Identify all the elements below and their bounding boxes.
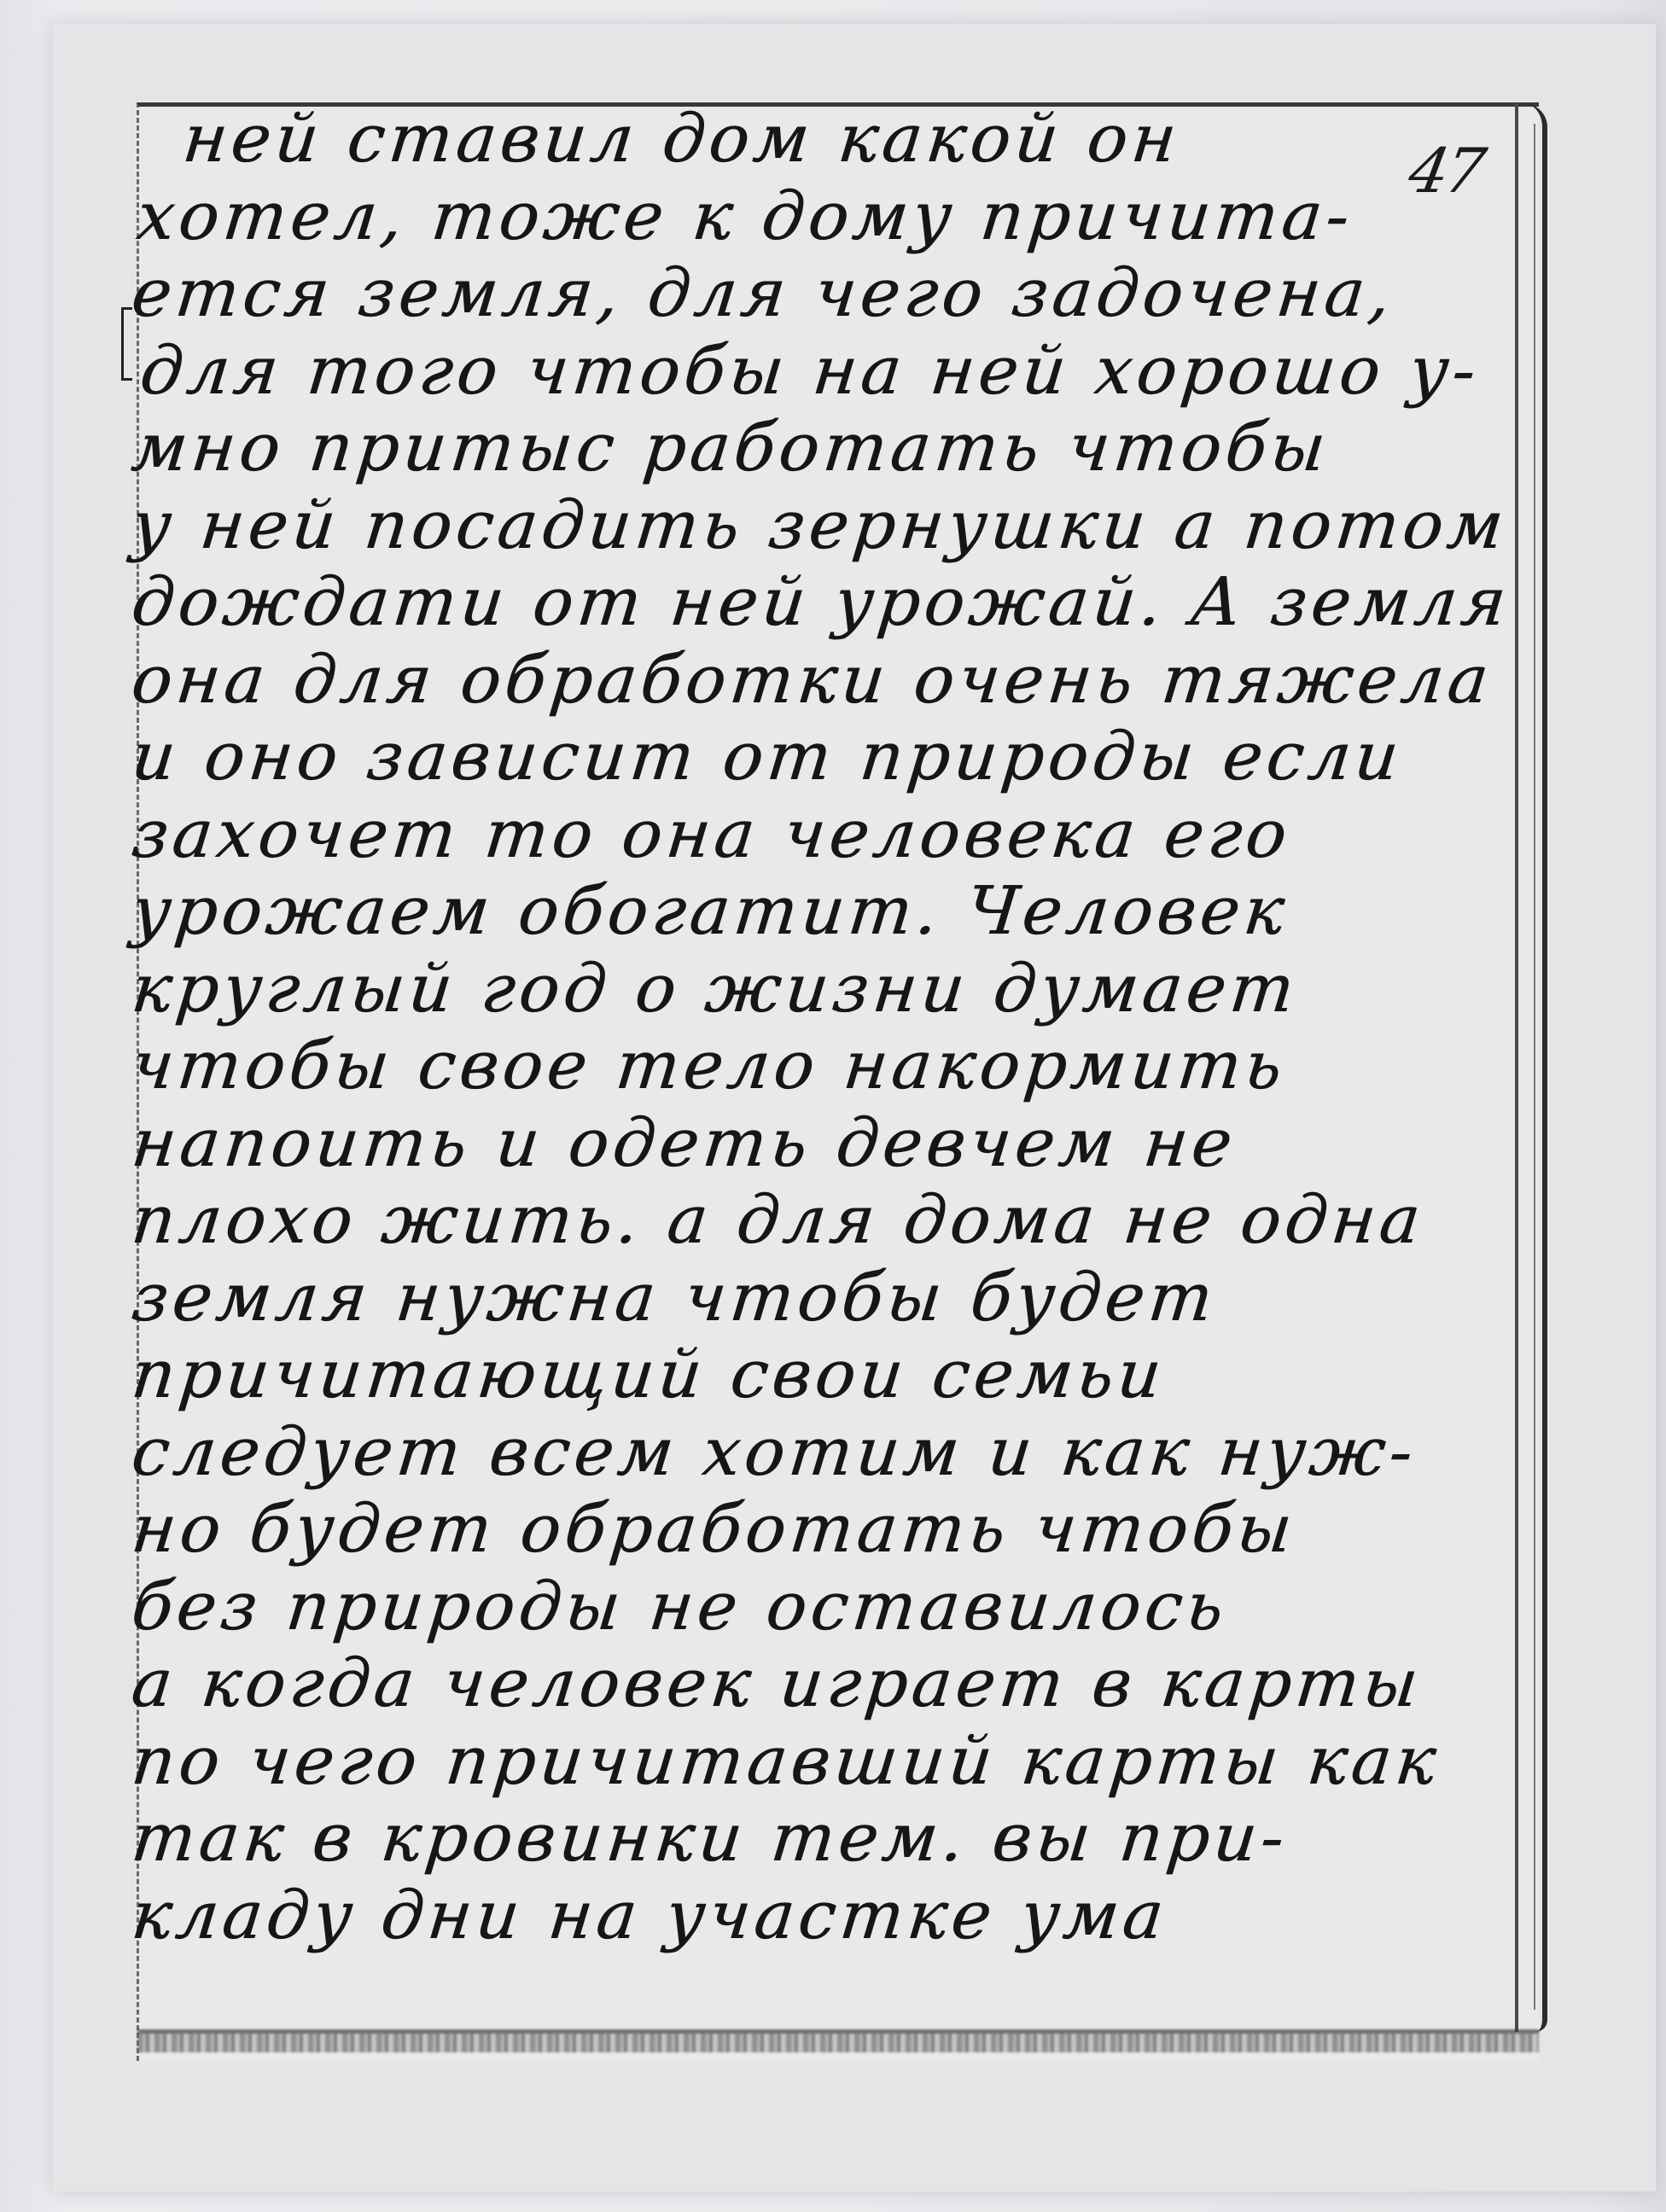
text-line: чтобы свое тело накормить [128, 1027, 1536, 1105]
text-line: для того чтобы на ней хорошо у- [128, 333, 1536, 410]
text-line: так в кровинки тем. вы при- [128, 1800, 1536, 1877]
text-line: хотел, тоже к дому причита- [128, 178, 1536, 256]
text-line: земля нужна чтобы будет [128, 1260, 1536, 1337]
text-line: круглый год о жизни думает [128, 951, 1536, 1028]
text-line: и оно зависит от природы если [128, 719, 1536, 796]
text-line: напоить и одеть девчем не [128, 1105, 1536, 1183]
handwritten-text-block: ней ставил дом какой он хотел, тоже к до… [128, 101, 1528, 1954]
text-line: ется земля, для чего задочена, [128, 255, 1536, 333]
text-line: без природы не оставилось [128, 1569, 1536, 1646]
text-line: по чего причитавший карты как [128, 1723, 1536, 1801]
text-line: урожаем обогатит. Человек [128, 873, 1536, 951]
text-line: причитающий свои семьи [128, 1336, 1536, 1414]
text-line: следует всем хотим и как нуж- [128, 1414, 1536, 1492]
text-line: кладу дни на участке ума [128, 1877, 1536, 1955]
text-line: мно притыс работать чтобы [128, 410, 1536, 487]
text-line: дождати от ней урожай. А земля [128, 564, 1536, 642]
text-line: но будет обработать чтобы [128, 1491, 1536, 1569]
text-line: захочет то она человека его [128, 796, 1536, 874]
text-line: а когда человек играет в карты [128, 1645, 1536, 1723]
frame-bottom-border [137, 2029, 1539, 2052]
text-line: она для обработки очень тяжела [128, 642, 1536, 719]
text-line: у ней посадить зернушки а потом [128, 487, 1536, 565]
text-line: ней ставил дом какой он [128, 101, 1536, 178]
text-line: плохо жить. а для дома не одна [128, 1182, 1536, 1260]
